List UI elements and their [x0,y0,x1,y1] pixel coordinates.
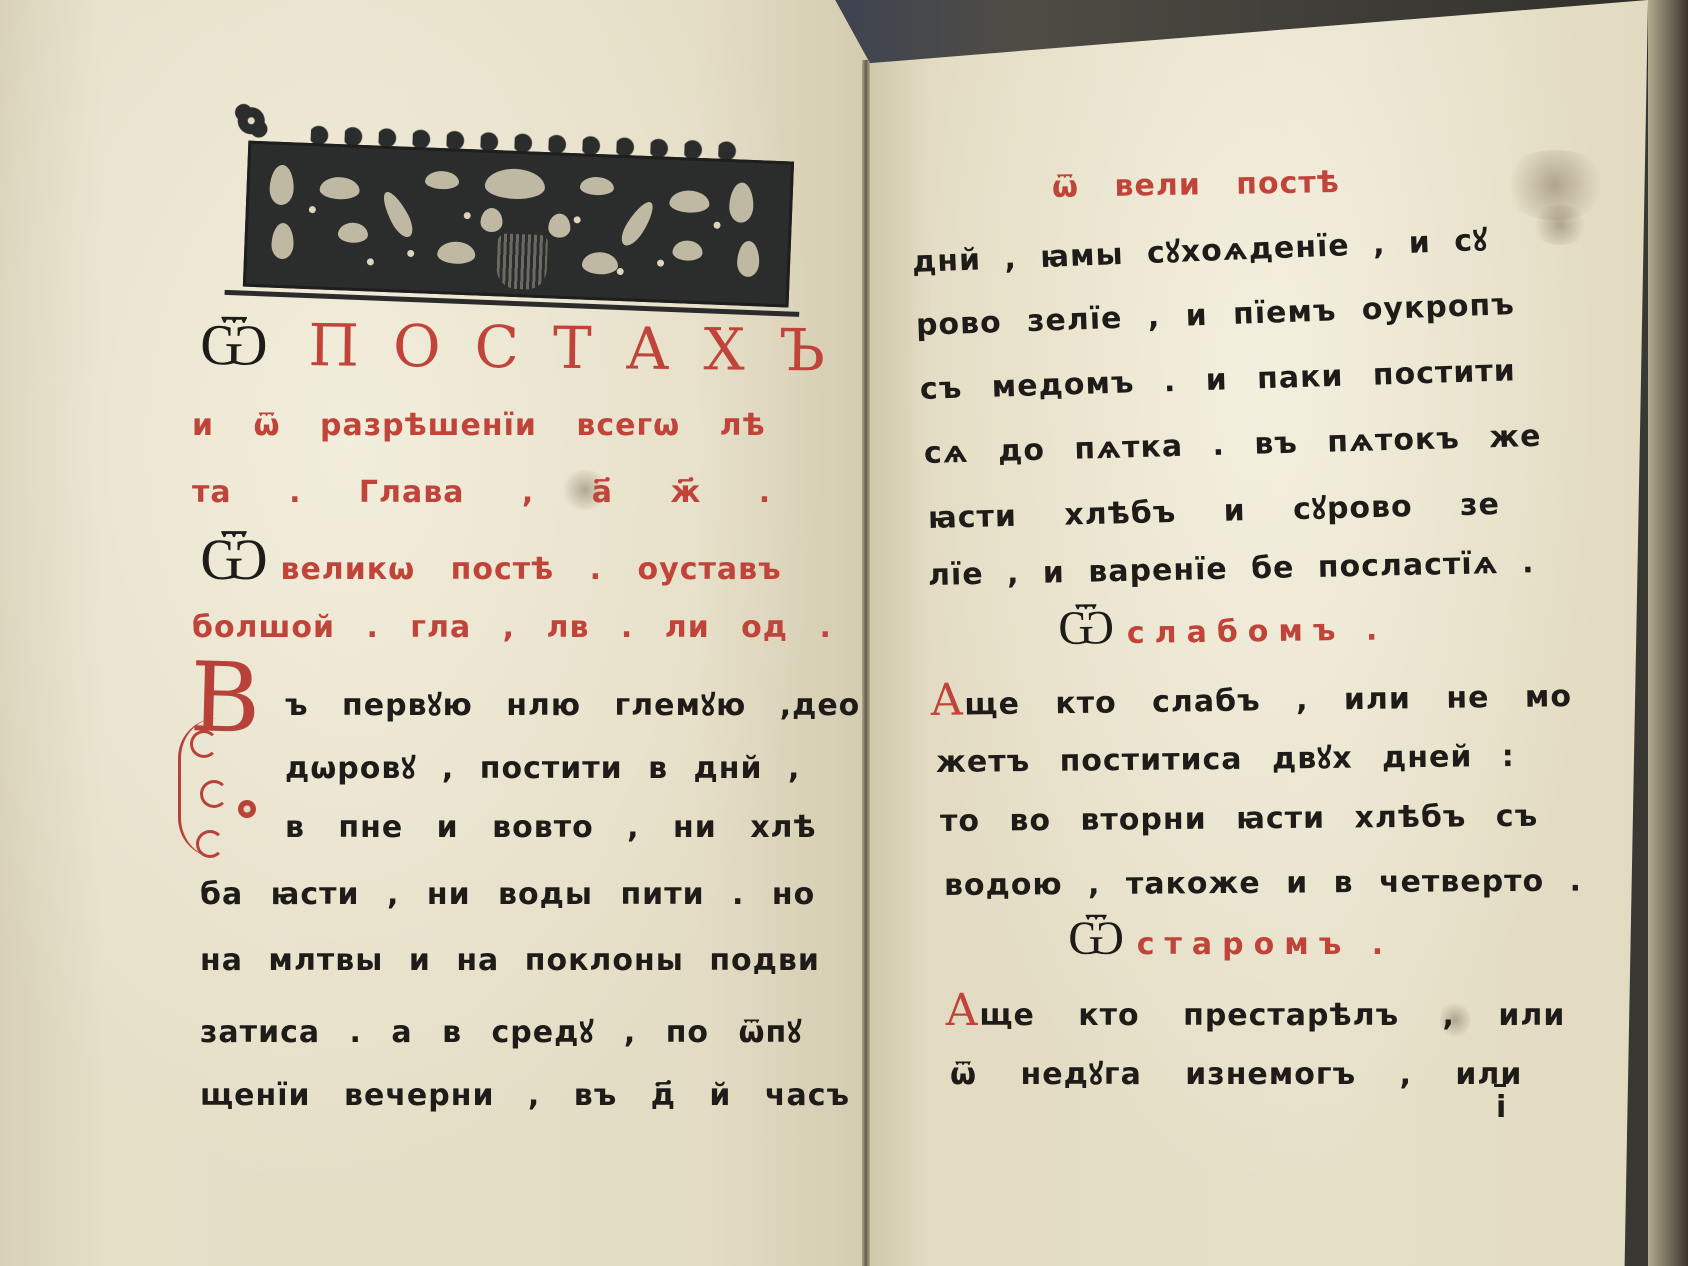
section-heading-line: великѡ постѣ . оуставъ [280,552,781,587]
flourish-icon [200,780,228,808]
body-line: Аще кто престарѣлъ , или [945,985,1565,1036]
red-initial: А [930,675,965,726]
section-heading: Ѿ слабомъ . [1058,595,1388,656]
body-line: ѿ недꙋга изнемогъ , или [950,1052,1522,1093]
section-title: слабомъ . [1127,612,1388,651]
ornamental-headpiece [224,100,802,342]
flourish-icon [196,830,224,858]
section-title: старомъ . [1137,927,1393,962]
subtitle-line: та . Глава , а҃ ж҃ . [192,475,771,510]
rosette-icon [230,100,272,142]
title-initial: Ѿ [200,310,270,379]
body-line: щенїи вечерни , въ д҃ й часъ [200,1078,850,1113]
body-line: Аще кто слабъ , или не мо [930,666,1573,726]
book-gutter [862,60,870,1266]
basket-motif [496,233,548,290]
folio-number: і [1496,1090,1506,1125]
page-edge [1648,0,1688,1266]
flower-icon [238,800,256,818]
titlo-mark [1494,1084,1506,1087]
body-line: водою , такоже и в четверто . [944,864,1582,903]
section-initial: Ѿ [1068,910,1125,966]
chapter-title: Ѿ ПОСТАХЪ [200,310,860,385]
body-line: на млтвы и на поклоны подви [200,943,820,978]
red-initial: А [945,985,979,1036]
section-heading: Ѿ великѡ постѣ . оуставъ [200,525,782,593]
section-heading: Ѿ старомъ . [1068,910,1393,966]
body-line: ба ꙗсти , ни воды пити . но [200,877,815,912]
floral-band [243,141,794,308]
section-initial: Ѿ [200,525,269,593]
running-head: ѿ вели постѣ [1052,165,1340,205]
body-line: в пне и вовто , ни хлѣ [285,810,817,845]
body-line: дωровꙋ , постити в днй , [285,746,800,787]
section-heading-line: болшой . гла , лв . ли од . [192,610,832,645]
section-initial: Ѿ [1058,599,1116,656]
title-text: ПОСТАХЪ [308,311,859,385]
body-line: жетъ поститиса двꙋх дней : [936,734,1515,781]
body-line: ъ первꙋю нлю глемꙋю ,део [285,683,860,724]
subtitle-line: и ѿ разрѣшенїи всегѡ лѣ [192,408,766,443]
flourish-icon [190,730,218,758]
paper-stain [1530,205,1590,245]
open-book: Ѿ ПОСТАХЪ и ѿ разрѣшенїи всегѡ лѣ та . Г… [0,0,1688,1266]
body-line: то во вторни ꙗсти хлѣбъ съ [940,799,1538,839]
body-line: затиса . а в средꙋ , по ѿпꙋ [200,1010,802,1051]
